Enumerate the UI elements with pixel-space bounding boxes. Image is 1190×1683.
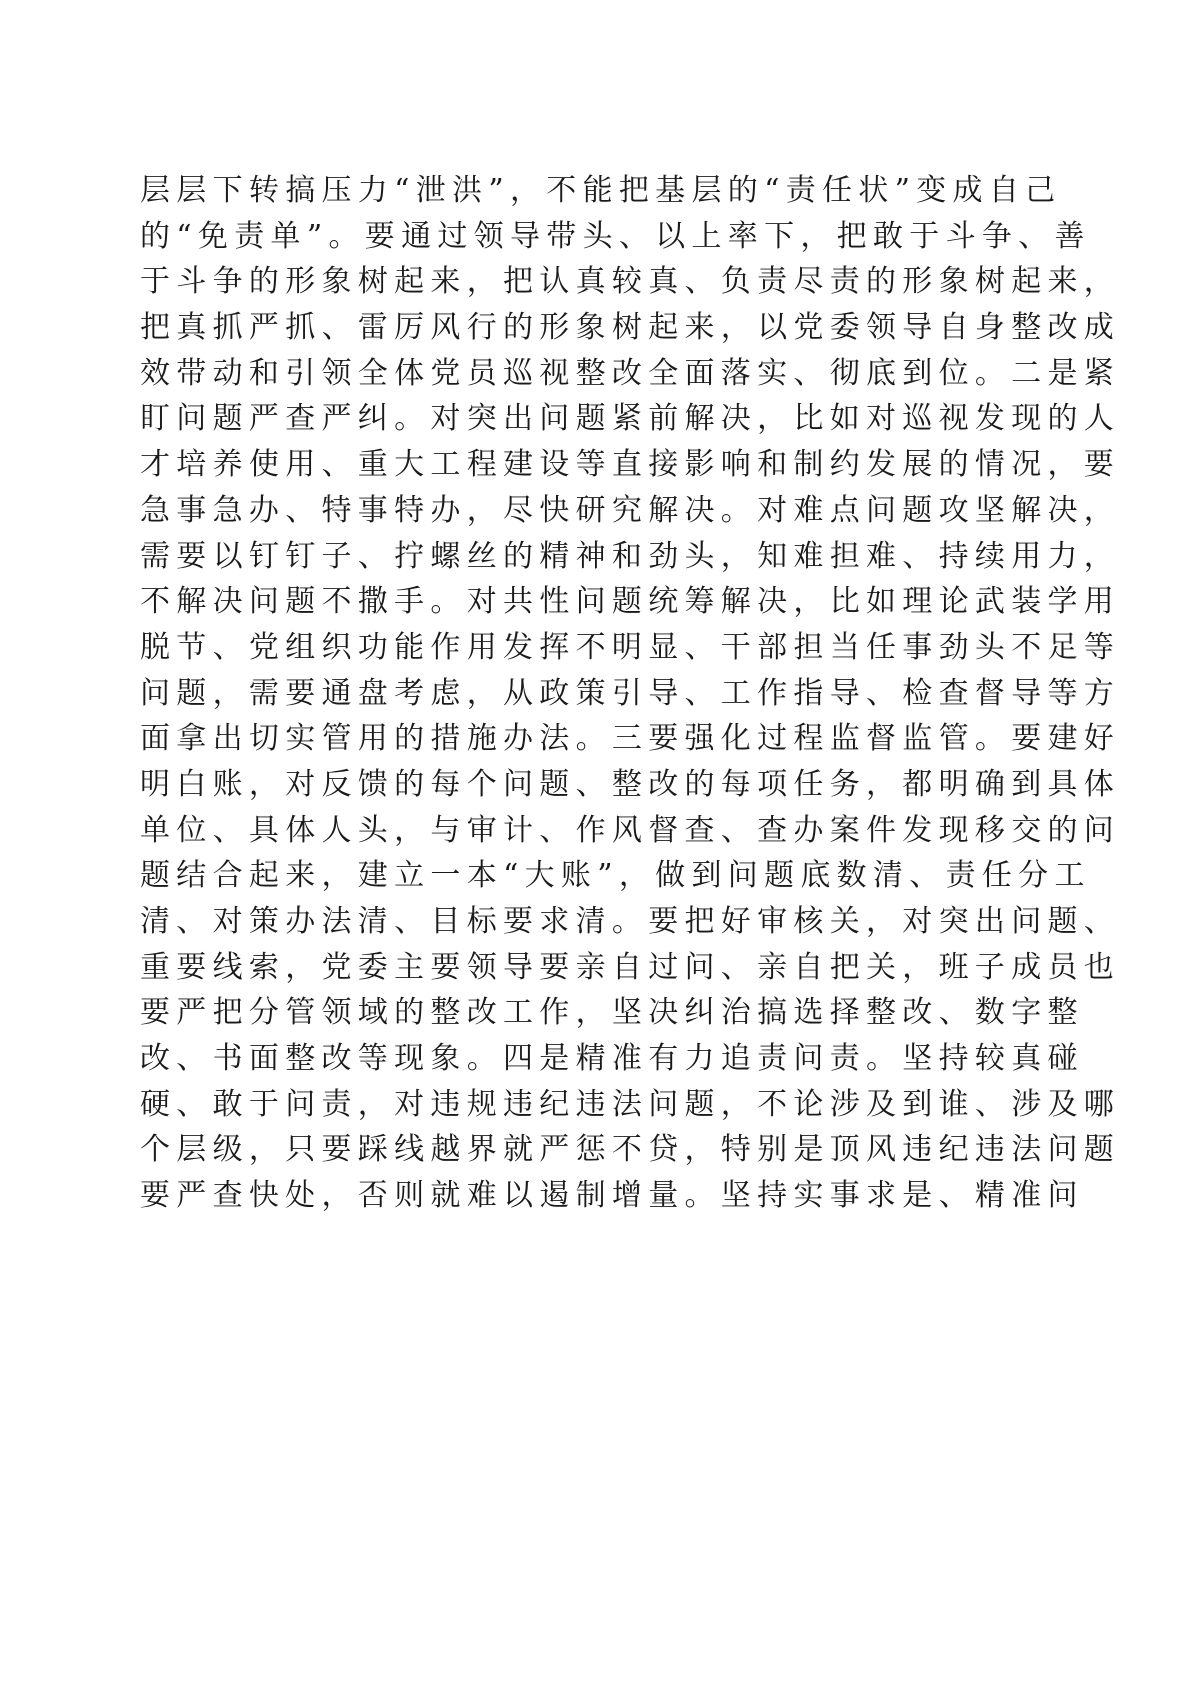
text-line: 明白账，对反馈的每个问题、整改的每项任务，都明确到具体 (140, 762, 980, 808)
text-line: 不解决问题不撒手。对共性问题统筹解决，比如理论武装学用 (140, 579, 980, 625)
text-line: 层层下转搞压力“泄洪”，不能把基层的“责任状”变成自己 (140, 168, 980, 214)
body-paragraph: 层层下转搞压力“泄洪”，不能把基层的“责任状”变成自己 的“免责单”。要通过领导… (140, 168, 1000, 1219)
text-line: 要严把分管领域的整改工作，坚决纠治搞选择整改、数字整 (140, 990, 980, 1036)
text-line: 要严查快处，否则就难以遏制增量。坚持实事求是、精准问 (140, 1173, 980, 1219)
document-page: 层层下转搞压力“泄洪”，不能把基层的“责任状”变成自己 的“免责单”。要通过领导… (0, 0, 1190, 1683)
text-line: 盯问题严查严纠。对突出问题紧前解决，比如对巡视发现的人 (140, 396, 980, 442)
text-line: 单位、具体人头，与审计、作风督查、查办案件发现移交的问 (140, 808, 980, 854)
text-line: 把真抓严抓、雷厉风行的形象树起来，以党委领导自身整改成 (140, 305, 980, 351)
text-line: 的“免责单”。要通过领导带头、以上率下，把敢于斗争、善 (140, 214, 980, 260)
text-line: 问题，需要通盘考虑，从政策引导、工作指导、检查督导等方 (140, 671, 980, 717)
text-line: 面拿出切实管用的措施办法。三要强化过程监督监管。要建好 (140, 716, 980, 762)
text-line: 才培养使用、重大工程建设等直接影响和制约发展的情况，要 (140, 442, 980, 488)
text-line: 需要以钉钉子、拧螺丝的精神和劲头，知难担难、持续用力， (140, 534, 980, 580)
text-line: 硬、敢于问责，对违规违纪违法问题，不论涉及到谁、涉及哪 (140, 1082, 980, 1128)
text-line: 于斗争的形象树起来，把认真较真、负责尽责的形象树起来， (140, 259, 980, 305)
text-line: 清、对策办法清、目标要求清。要把好审核关，对突出问题、 (140, 899, 980, 945)
text-line: 题结合起来，建立一本“大账”，做到问题底数清、责任分工 (140, 853, 980, 899)
text-line: 重要线索，党委主要领导要亲自过问、亲自把关，班子成员也 (140, 945, 980, 991)
text-line: 改、书面整改等现象。四是精准有力追责问责。坚持较真碰 (140, 1036, 980, 1082)
text-line: 个层级，只要踩线越界就严惩不贷，特别是顶风违纪违法问题 (140, 1127, 980, 1173)
text-line: 脱节、党组织功能作用发挥不明显、干部担当任事劲头不足等 (140, 625, 980, 671)
text-line: 效带动和引领全体党员巡视整改全面落实、彻底到位。二是紧 (140, 351, 980, 397)
text-line: 急事急办、特事特办，尽快研究解决。对难点问题攻坚解决， (140, 488, 980, 534)
